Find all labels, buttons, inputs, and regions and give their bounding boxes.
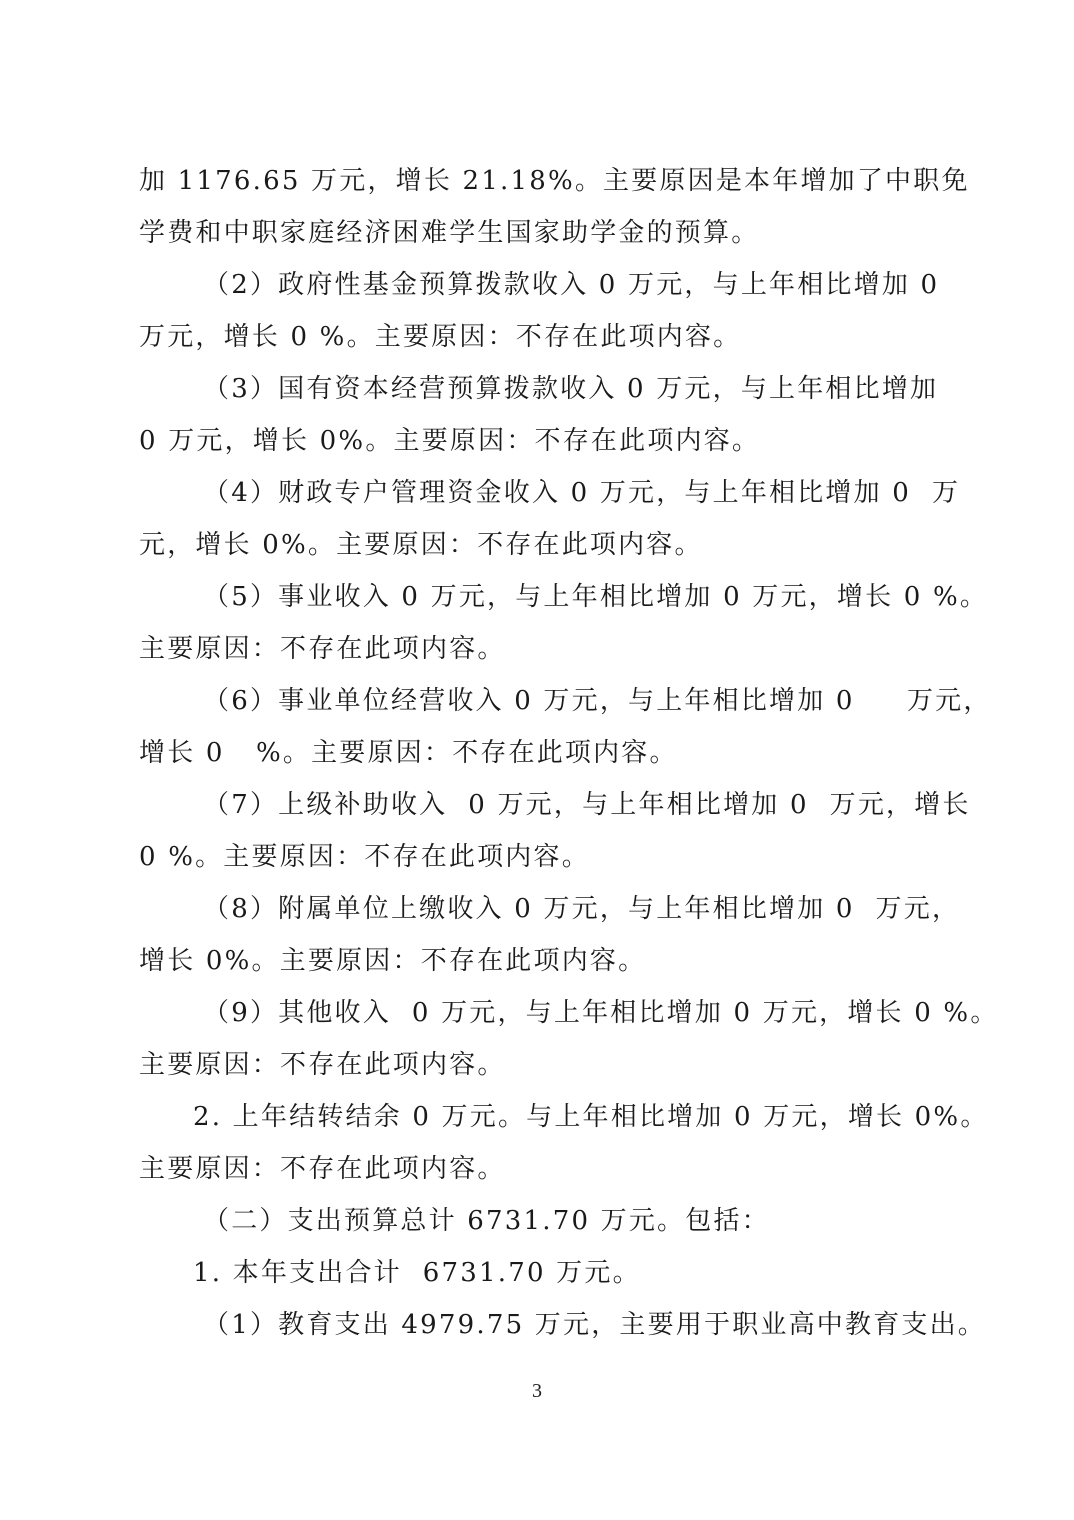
text-line: （1）教育支出 4979.75 万元，主要用于职业高中教育支出。: [139, 1299, 941, 1351]
text-line: （2）政府性基金预算拨款收入 0 万元，与上年相比增加 0: [139, 259, 941, 311]
text-line: （二）支出预算总计 6731.70 万元。包括：: [139, 1195, 941, 1247]
text-line: （9）其他收入 0 万元，与上年相比增加 0 万元，增长 0 %。: [139, 987, 941, 1039]
text-line: 主要原因：不存在此项内容。: [139, 623, 941, 675]
text-line: 0 %。主要原因：不存在此项内容。: [139, 831, 941, 883]
page-number: 3: [0, 1380, 1074, 1403]
text-line: 主要原因：不存在此项内容。: [139, 1143, 941, 1195]
text-line: 增长 0 %。主要原因：不存在此项内容。: [139, 727, 941, 779]
text-line: 1. 本年支出合计 6731.70 万元。: [139, 1247, 941, 1299]
text-line: 0 万元，增长 0%。主要原因：不存在此项内容。: [139, 415, 941, 467]
text-line: （4）财政专户管理资金收入 0 万元，与上年相比增加 0 万: [139, 467, 941, 519]
text-line: 加 1176.65 万元，增长 21.18%。主要原因是本年增加了中职免: [139, 155, 941, 207]
text-line: （8）附属单位上缴收入 0 万元，与上年相比增加 0 万元，: [139, 883, 941, 935]
document-page: 加 1176.65 万元，增长 21.18%。主要原因是本年增加了中职免 学费和…: [139, 155, 941, 1351]
text-line: 万元，增长 0 %。主要原因：不存在此项内容。: [139, 311, 941, 363]
text-line: 增长 0%。主要原因：不存在此项内容。: [139, 935, 941, 987]
text-line: （3）国有资本经营预算拨款收入 0 万元，与上年相比增加: [139, 363, 941, 415]
text-line: 学费和中职家庭经济困难学生国家助学金的预算。: [139, 207, 941, 259]
text-line: （7）上级补助收入 0 万元，与上年相比增加 0 万元，增长: [139, 779, 941, 831]
text-line: 元，增长 0%。主要原因：不存在此项内容。: [139, 519, 941, 571]
text-line: 主要原因：不存在此项内容。: [139, 1039, 941, 1091]
text-line: （6）事业单位经营收入 0 万元，与上年相比增加 0 万元，: [139, 675, 941, 727]
text-line: （5）事业收入 0 万元，与上年相比增加 0 万元，增长 0 %。: [139, 571, 941, 623]
text-line: 2. 上年结转结余 0 万元。与上年相比增加 0 万元，增长 0%。: [139, 1091, 941, 1143]
